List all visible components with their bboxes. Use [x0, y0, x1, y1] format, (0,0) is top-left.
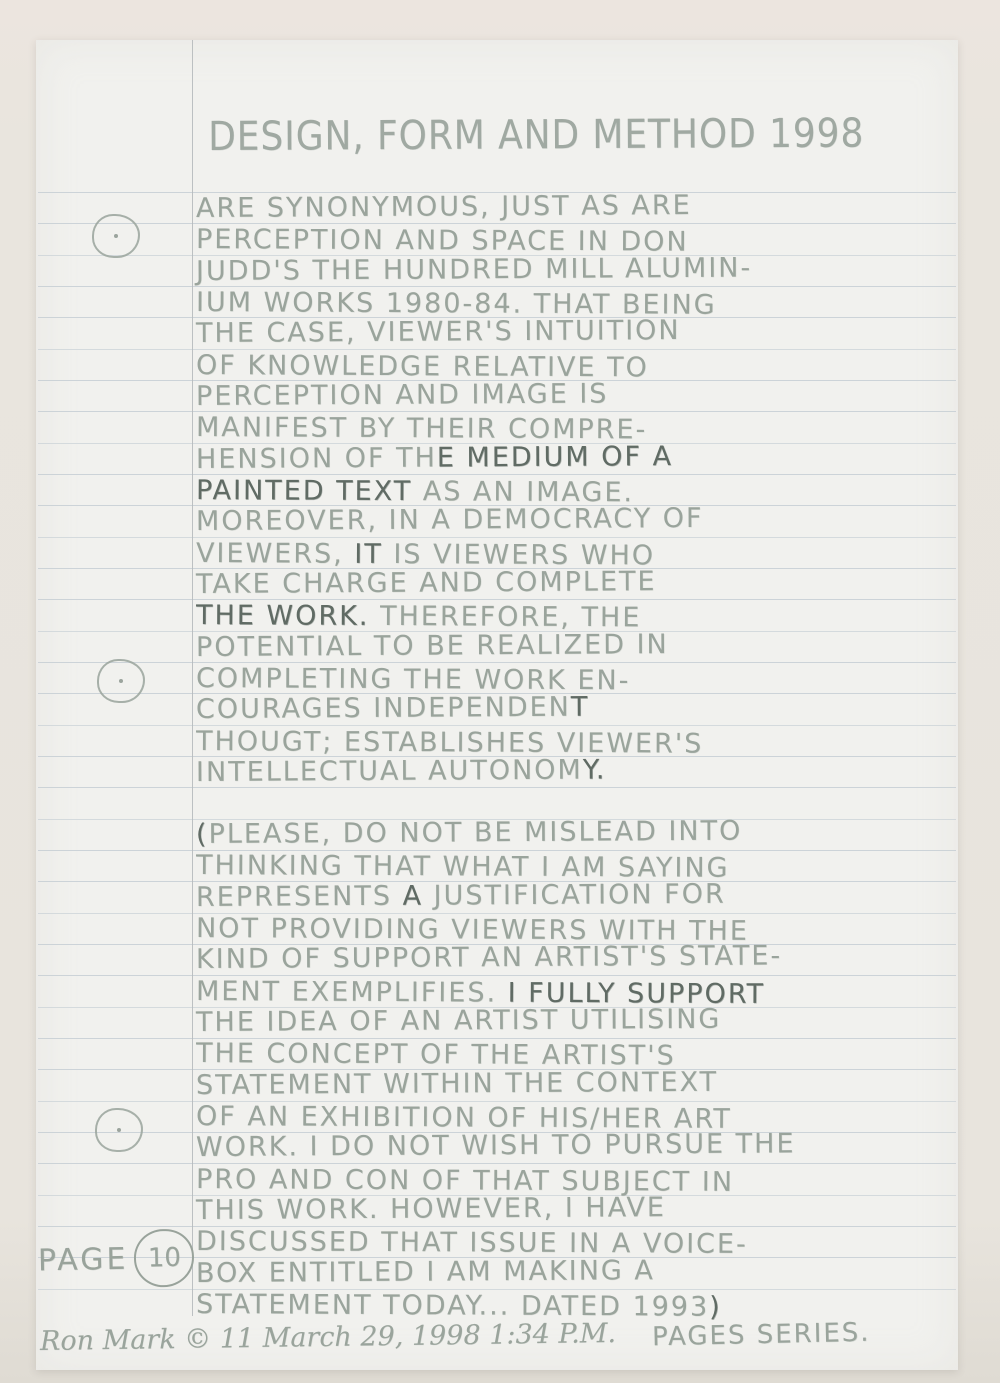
text-line: (PLEASE, DO NOT BE MISLEAD INTO — [196, 814, 966, 850]
text-segment: KIND OF SUPPORT AN ARTIST'S STATE- — [196, 941, 782, 976]
text-segment: PAINTED TEXT — [196, 475, 412, 507]
punch-hole-icon — [95, 1108, 143, 1152]
page-number-label: PAGE — [38, 1241, 129, 1278]
text-line: BOX ENTITLED I AM MAKING A — [196, 1253, 966, 1289]
page-marker: PAGE 10 — [38, 1229, 195, 1290]
text-segment: THIS WORK. HOWEVER, I HAVE — [196, 1192, 666, 1226]
text-segment: IT — [354, 538, 383, 569]
text-segment: A — [402, 880, 423, 911]
text-segment: ARE SYNONYMOUS, JUST AS ARE — [196, 190, 692, 224]
text-segment: INTELLECTUAL AUTONOM — [196, 755, 583, 788]
text-segment: JUDD'S THE HUNDRED MILL ALUMIN- — [196, 252, 752, 286]
series-label: PAGES SERIES. — [652, 1318, 871, 1353]
hole-dot-icon — [119, 679, 123, 683]
text-line: JUDD'S THE HUNDRED MILL ALUMIN- — [196, 251, 966, 287]
text-segment: COURAGES INDEPENDEN — [196, 692, 571, 725]
text-segment: STATEMENT TODAY... DATED 1993 — [196, 1289, 709, 1323]
text-line: COURAGES INDEPENDENT — [196, 690, 966, 726]
text-line: WORK. I DO NOT WISH TO PURSUE THE — [196, 1128, 966, 1164]
text-segment: BOX ENTITLED I AM MAKING A — [196, 1255, 655, 1289]
text-line: STATEMENT WITHIN THE CONTEXT — [196, 1065, 966, 1101]
text-segment: THE IDEA OF AN ARTIST UTILISING — [196, 1004, 721, 1038]
page-number: 10 — [148, 1243, 182, 1274]
text-segment: MANIFEST BY THEIR COMPRE- — [196, 412, 647, 445]
hole-dot-icon — [117, 1128, 121, 1132]
text-segment: THE WORK. — [196, 600, 370, 632]
text-line: ARE SYNONYMOUS, JUST AS ARE — [196, 188, 966, 224]
text-line: PERCEPTION AND IMAGE IS — [196, 376, 966, 412]
page-number-circle: 10 — [134, 1229, 195, 1288]
text-segment: PERCEPTION AND IMAGE IS — [196, 378, 609, 412]
margin-line — [192, 40, 193, 1316]
text-segment: STATEMENT WITHIN THE CONTEXT — [196, 1066, 718, 1100]
text-segment: PLEASE, DO NOT BE MISLEAD INTO — [208, 816, 742, 850]
text-segment: Y. — [583, 754, 607, 785]
text-line: KIND OF SUPPORT AN ARTIST'S STATE- — [196, 940, 966, 976]
text-segment: ) — [709, 1292, 722, 1323]
text-segment: MOREOVER, IN A DEMOCRACY OF — [196, 503, 704, 537]
page-title: DESIGN, FORM AND METHOD 1998 — [208, 111, 864, 160]
text-segment: VIEWERS, — [196, 538, 354, 570]
text-segment: REPRESENTS — [196, 880, 403, 912]
text-segment: WORK. I DO NOT WISH TO PURSUE THE — [196, 1129, 796, 1164]
text-line: POTENTIAL TO BE REALIZED IN — [196, 627, 966, 663]
text-line: HENSION OF THE MEDIUM OF A — [196, 439, 966, 475]
text-segment: HENSION OF TH — [196, 442, 437, 474]
paragraph-2: (PLEASE, DO NOT BE MISLEAD INTOTHINKING … — [196, 819, 966, 1320]
text-line: THIS WORK. HOWEVER, I HAVE — [196, 1190, 966, 1226]
text-line: REPRESENTS A JUSTIFICATION FOR — [196, 877, 966, 913]
artist-signature: Ron Mark © 11 March 29, 1998 1:34 P.M. — [40, 1318, 616, 1357]
text-segment: E MEDIUM OF A — [437, 441, 673, 473]
text-line: MOREOVER, IN A DEMOCRACY OF — [196, 502, 966, 538]
text-segment: JUSTIFICATION FOR — [423, 878, 726, 911]
text-line: THE CASE, VIEWER'S INTUITION — [196, 314, 966, 350]
hole-dot-icon — [114, 234, 118, 238]
punch-hole-icon — [92, 214, 140, 258]
photo-mat: DESIGN, FORM AND METHOD 1998 ARE SYNONYM… — [0, 0, 1000, 1383]
notebook-page: DESIGN, FORM AND METHOD 1998 ARE SYNONYM… — [36, 40, 958, 1370]
text-line: THE IDEA OF AN ARTIST UTILISING — [196, 1002, 966, 1038]
text-segment: MENT EXEMPLIFIES. — [196, 976, 508, 1009]
text-segment: ( — [196, 819, 209, 850]
text-line: TAKE CHARGE AND COMPLETE — [196, 564, 966, 600]
punch-hole-icon — [97, 659, 145, 703]
text-segment: POTENTIAL TO BE REALIZED IN — [196, 629, 669, 663]
text-segment: THE CASE, VIEWER'S INTUITION — [196, 315, 681, 349]
text-segment: TAKE CHARGE AND COMPLETE — [196, 566, 657, 600]
paragraph-1: ARE SYNONYMOUS, JUST AS AREPERCEPTION AN… — [196, 193, 966, 788]
text-line: INTELLECTUAL AUTONOMY. — [196, 752, 966, 788]
text-segment: T — [571, 692, 590, 723]
